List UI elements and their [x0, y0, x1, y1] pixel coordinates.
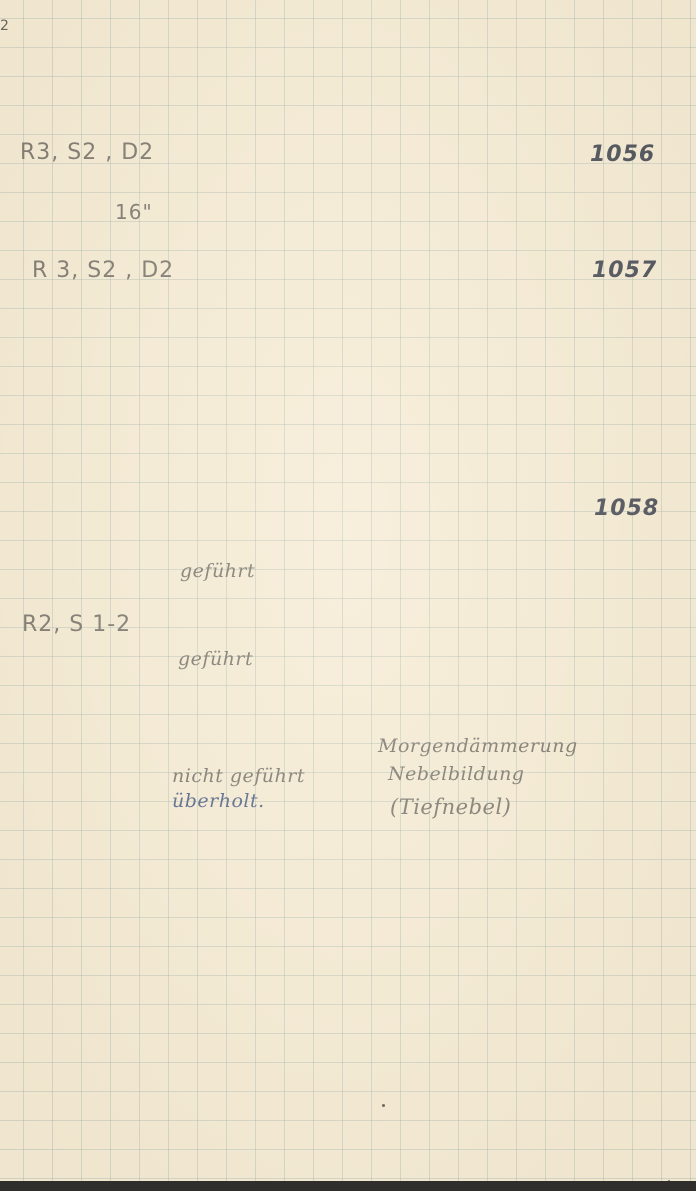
entry-number-1057: 1057	[592, 258, 657, 283]
entry-1058-note-guided-2: geführt	[178, 648, 253, 670]
entry-1058-note-guided-1: geführt	[180, 560, 255, 582]
entry-1056-settings: R3, S2 , D2	[20, 140, 154, 165]
entry-1058-note-overtaken: überholt.	[172, 790, 265, 812]
entry-1057-settings: R 3, S2 , D2	[32, 258, 174, 283]
notebook-page: 2 R3, S2 , D2 16" 1056 R 3, S2 , D2 1057…	[0, 0, 696, 1181]
entry-1056-exposure: 16"	[115, 200, 153, 224]
remark-fog-formation: Nebelbildung	[388, 763, 524, 785]
page-edge-mark: 2	[0, 18, 9, 34]
paper-speck	[382, 1104, 385, 1107]
entry-1058-note-not-guided: nicht geführt	[172, 765, 305, 787]
entry-1058-settings: R2, S 1-2	[22, 612, 131, 637]
remark-dawn: Morgendämmerung	[378, 735, 578, 757]
entry-number-1058: 1058	[594, 496, 659, 521]
entry-number-1056: 1056	[590, 142, 655, 167]
scan-bottom-edge	[0, 1181, 696, 1191]
remark-low-fog: (Tiefnebel)	[390, 795, 511, 819]
